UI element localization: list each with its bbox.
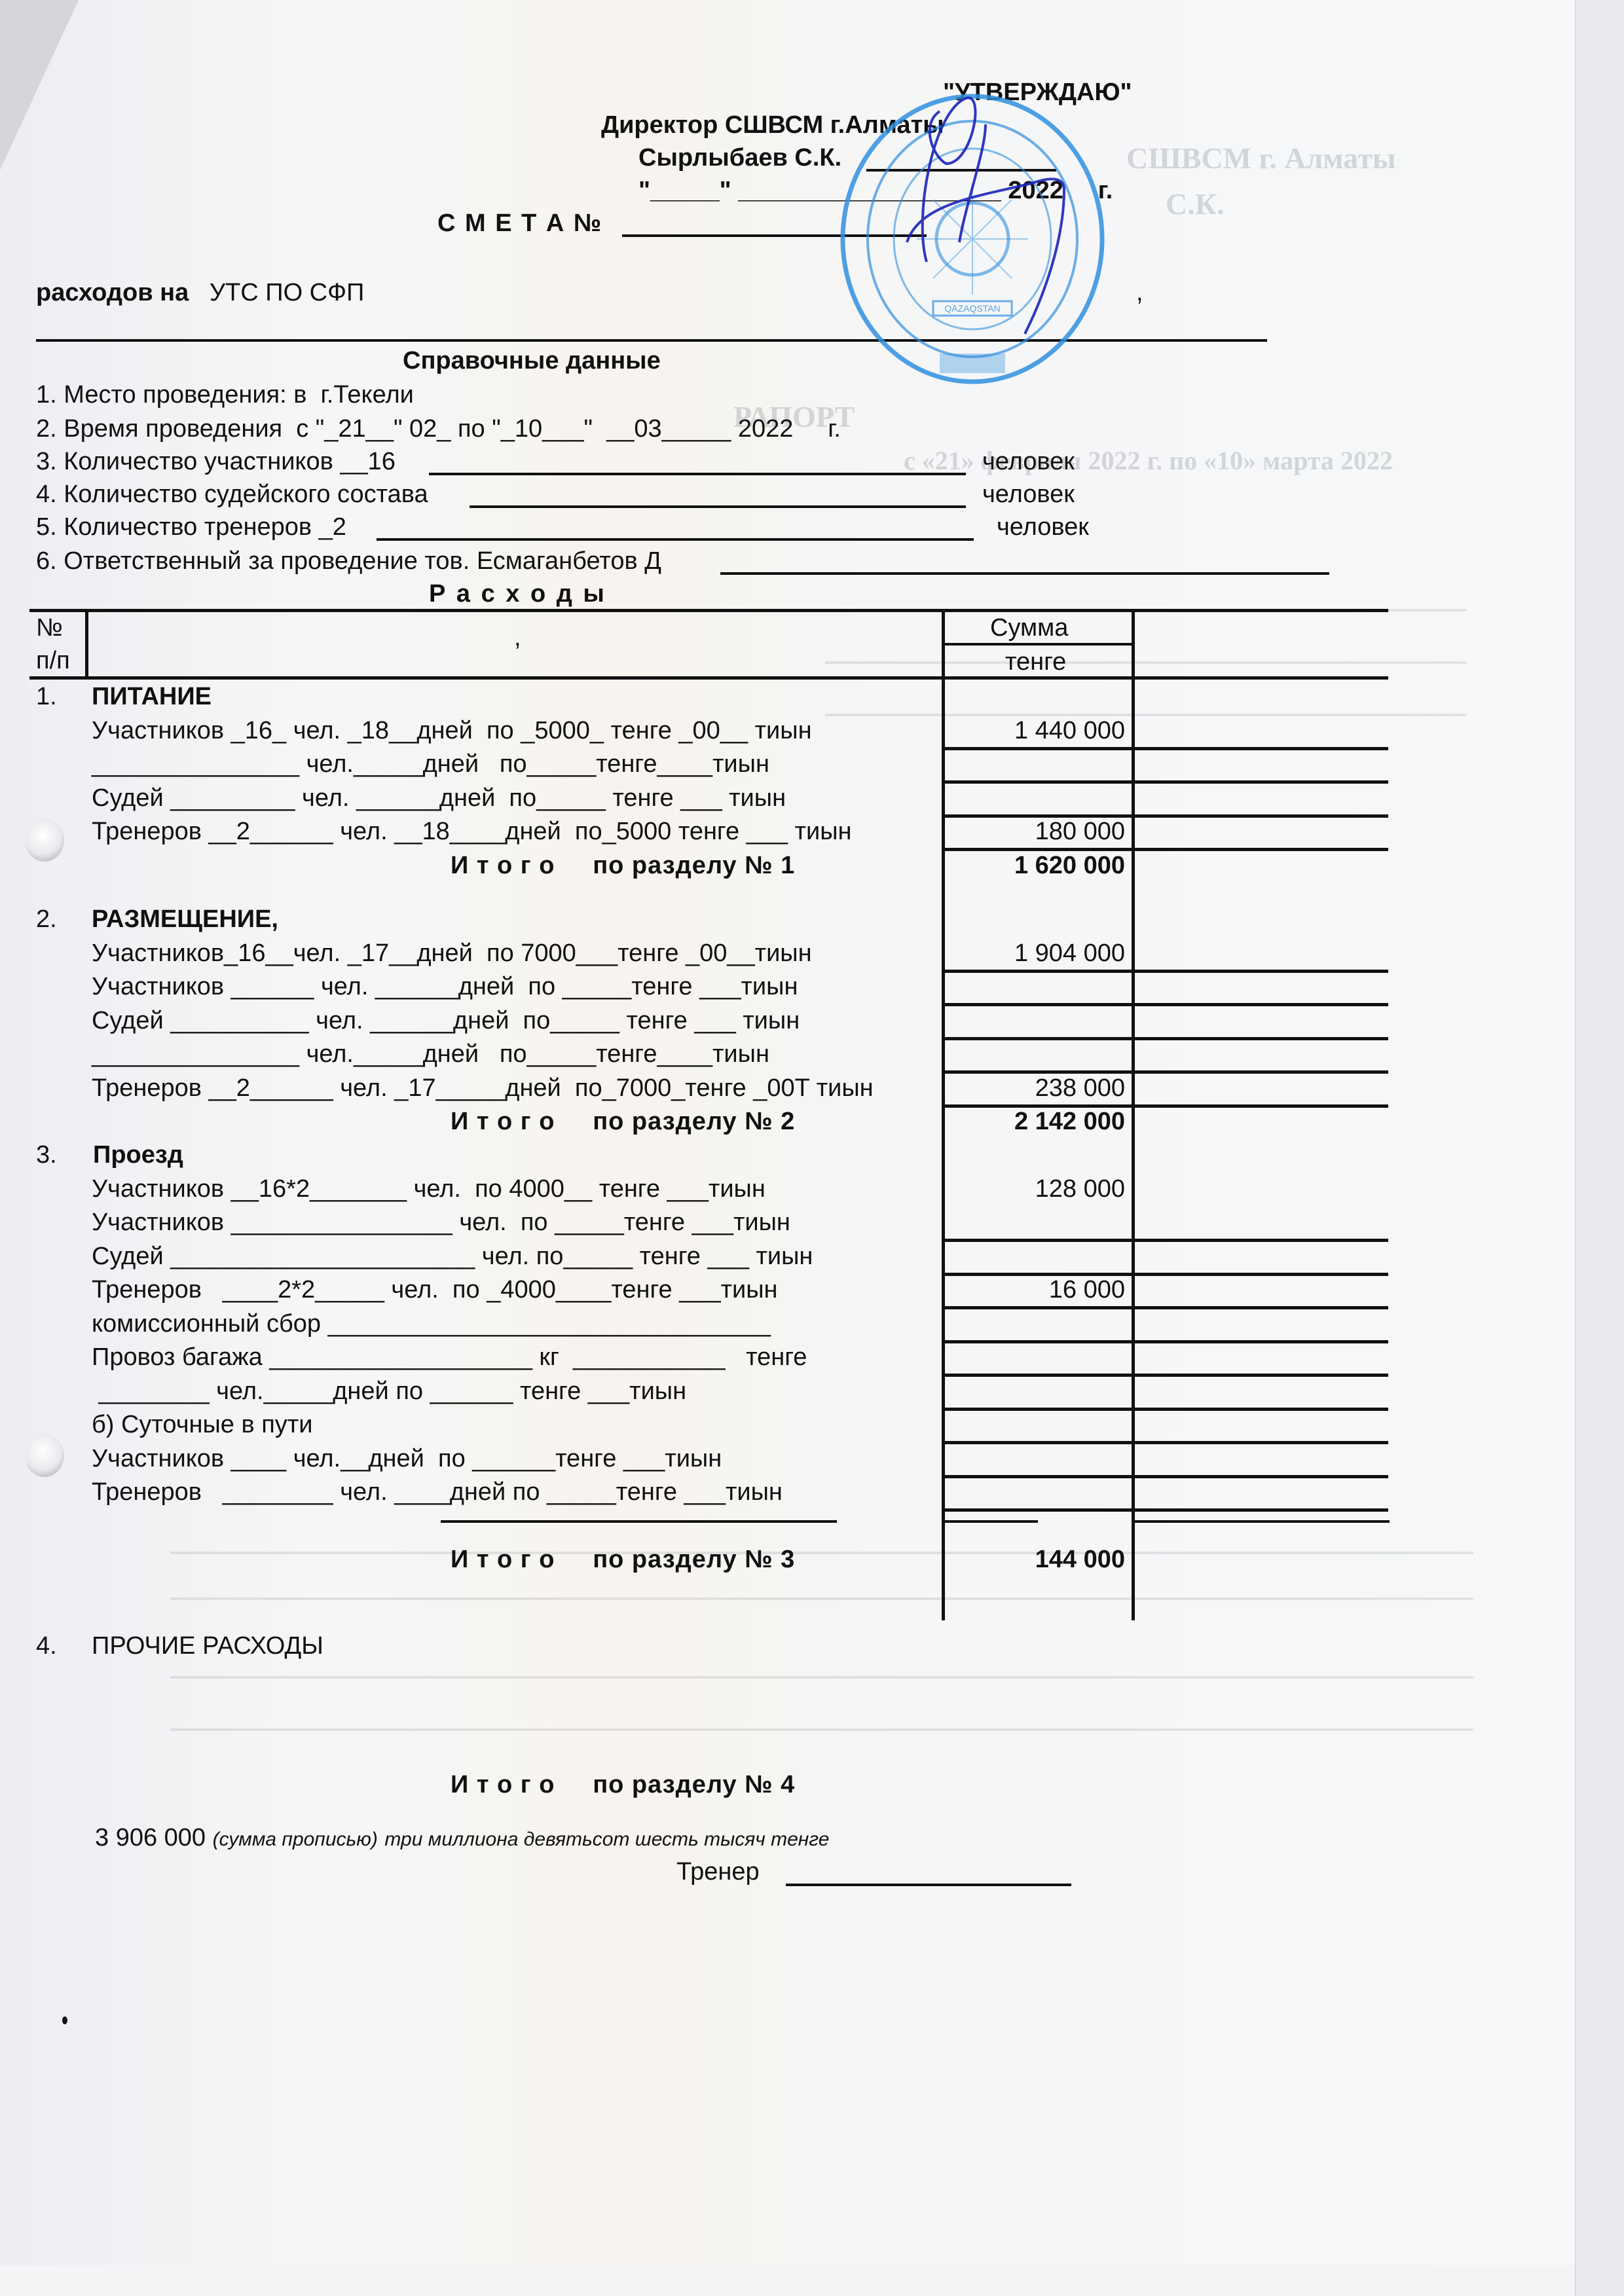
scan-edge (1575, 0, 1624, 2296)
table-row-border (943, 1239, 1388, 1242)
col-header-no: № (36, 615, 63, 640)
table-row-border (943, 970, 1388, 973)
section-total-label: И т о г о по разделу № 3 (451, 1547, 795, 1572)
subtotal-line (441, 1520, 837, 1523)
section-number: 4. (36, 1633, 57, 1658)
reference-item: 6. Ответственный за проведение тов. Есма… (36, 549, 661, 574)
expense-row-text: _______________ чел._____дней по_____тен… (92, 752, 769, 776)
bleed-text: СШВСМ г. Алматы (1126, 141, 1396, 175)
expense-row-text: Тренеров ____2*2_____ чел. по _4000____т… (92, 1277, 778, 1302)
expense-row-sum: 180 000 (948, 819, 1125, 844)
table-row-border (943, 848, 1388, 851)
expense-row-text: Тренеров __2______ чел. _17_____дней по_… (92, 1076, 874, 1101)
table-row-border (943, 1408, 1388, 1411)
table-top-border (29, 609, 1388, 612)
expenses-for: расходов на УТС ПО СФП (36, 280, 364, 305)
expense-row-text: Судей ______________________ чел. по____… (92, 1244, 813, 1269)
table-row-border (943, 1508, 1388, 1512)
binder-hole (25, 1434, 64, 1477)
table-row-border (943, 1037, 1388, 1040)
expense-row-text: Тренеров ________ чел. ____дней по _____… (92, 1480, 783, 1504)
col-header-sum: Сумма (990, 615, 1068, 640)
col-header-currency: тенге (1005, 649, 1066, 674)
official-stamp-icon: QAZAQSTAN (835, 85, 1110, 386)
section-total-label: И т о г о по разделу № 4 (451, 1772, 795, 1797)
table-row-border (943, 747, 1388, 750)
section-total: 144 000 (948, 1547, 1125, 1572)
unit-label: человек (982, 449, 1075, 474)
table-row-border (943, 1441, 1388, 1444)
reference-item: 4. Количество судейского состава (36, 482, 428, 507)
expense-row-text: Судей _________ чел. ______дней по_____ … (92, 786, 786, 811)
table-row-border (943, 780, 1388, 784)
expense-row-text: Провоз багажа ___________________ кг ___… (92, 1345, 807, 1370)
reference-heading: Справочные данные (403, 348, 661, 373)
expense-row-sum: 238 000 (948, 1076, 1125, 1101)
folded-corner (0, 0, 79, 170)
expense-row-sum: 1 904 000 (948, 941, 1125, 966)
unit-label: человек (997, 515, 1089, 539)
table-header-border (29, 676, 1388, 680)
document-title: С М Е Т А № (437, 211, 602, 236)
section-title: Проезд (93, 1142, 183, 1167)
expense-row-text: Участников ______ чел. ______дней по ___… (92, 974, 798, 999)
section-total-label: И т о г о по разделу № 2 (451, 1109, 795, 1134)
binder-hole (25, 818, 64, 862)
expense-row-sum: 128 000 (948, 1176, 1125, 1201)
section-number: 1. (36, 684, 57, 709)
table-row-border (943, 1306, 1388, 1309)
trainer-signature-line (786, 1884, 1071, 1886)
section-title: ПРОЧИЕ РАСХОДЫ (92, 1633, 323, 1658)
trainer-signature-label: Тренер (676, 1859, 760, 1884)
expense-row-sum: 1 440 000 (948, 718, 1125, 743)
section-title: РАЗМЕЩЕНИЕ, (92, 907, 278, 932)
expense-row-text: Тренеров __2______ чел. __18____дней по_… (92, 819, 852, 844)
expense-row-text: Участников ____ чел.__дней по ______тенг… (92, 1446, 722, 1471)
expenses-heading: Р а с х о д ы (429, 581, 606, 606)
table-row-border (943, 1003, 1388, 1006)
section-total: 1 620 000 (948, 853, 1125, 878)
svg-text:QAZAQSTAN: QAZAQSTAN (944, 303, 1000, 314)
expense-row-text: Участников _16_ чел. _18__дней по _5000_… (92, 718, 812, 743)
expense-row-text: Участников __16*2_______ чел. по 4000__ … (92, 1176, 766, 1201)
table-row-border (943, 1104, 1388, 1108)
unit-label: человек (982, 482, 1075, 507)
section-number: 3. (36, 1142, 57, 1167)
bleed-text: С.К. (1166, 187, 1225, 221)
reference-item: 1. Место проведения: в г.Текели (36, 382, 414, 407)
grand-total: 3 906 000 (сумма прописью) три миллиона … (95, 1825, 829, 1850)
expense-row-text: комиссионный сбор ______________________… (92, 1311, 771, 1336)
sum-col-right-border (1132, 609, 1135, 1620)
expense-row-text: Участников ________________ чел. по ____… (92, 1210, 790, 1235)
section-total: 2 142 000 (948, 1109, 1125, 1134)
sum-col-left-border (942, 609, 945, 1620)
section-title: ПИТАНИЕ (92, 684, 212, 709)
section-number: 2. (36, 907, 57, 932)
table-row-border (943, 1340, 1388, 1343)
reference-item: 3. Количество участников __16 (36, 449, 396, 474)
table-row-border (943, 1374, 1388, 1377)
bleed-text: с «21» февраля 2022 г. по «10» марта 202… (904, 445, 1393, 476)
reference-item: 5. Количество тренеров _2 (36, 515, 346, 539)
section-total-label: И т о г о по разделу № 1 (451, 853, 795, 878)
table-row-border (1134, 1520, 1390, 1523)
table-row-border (943, 1273, 1388, 1276)
expense-row-text: Судей __________ чел. ______дней по_____… (92, 1008, 800, 1033)
expense-row-sum: 16 000 (948, 1277, 1125, 1302)
expense-row-text: Участников_16__чел. _17__дней по 7000___… (92, 941, 812, 966)
table-row-border (943, 814, 1388, 818)
reference-item: 2. Время проведения с "_21__" 02_ по "_1… (36, 416, 841, 441)
expense-row-text: ________ чел._____дней по ______ тенге _… (92, 1379, 686, 1404)
col-header-no: п/п (36, 648, 70, 673)
table-row-border (944, 1520, 1038, 1523)
director-name: Сырлыбаев С.К. (638, 145, 841, 170)
expense-row-text: _______________ чел._____дней по_____тен… (92, 1042, 769, 1066)
table-row-border (943, 1070, 1388, 1074)
table-row-border (943, 1475, 1388, 1478)
expense-row-text: б) Суточные в пути (92, 1412, 312, 1437)
